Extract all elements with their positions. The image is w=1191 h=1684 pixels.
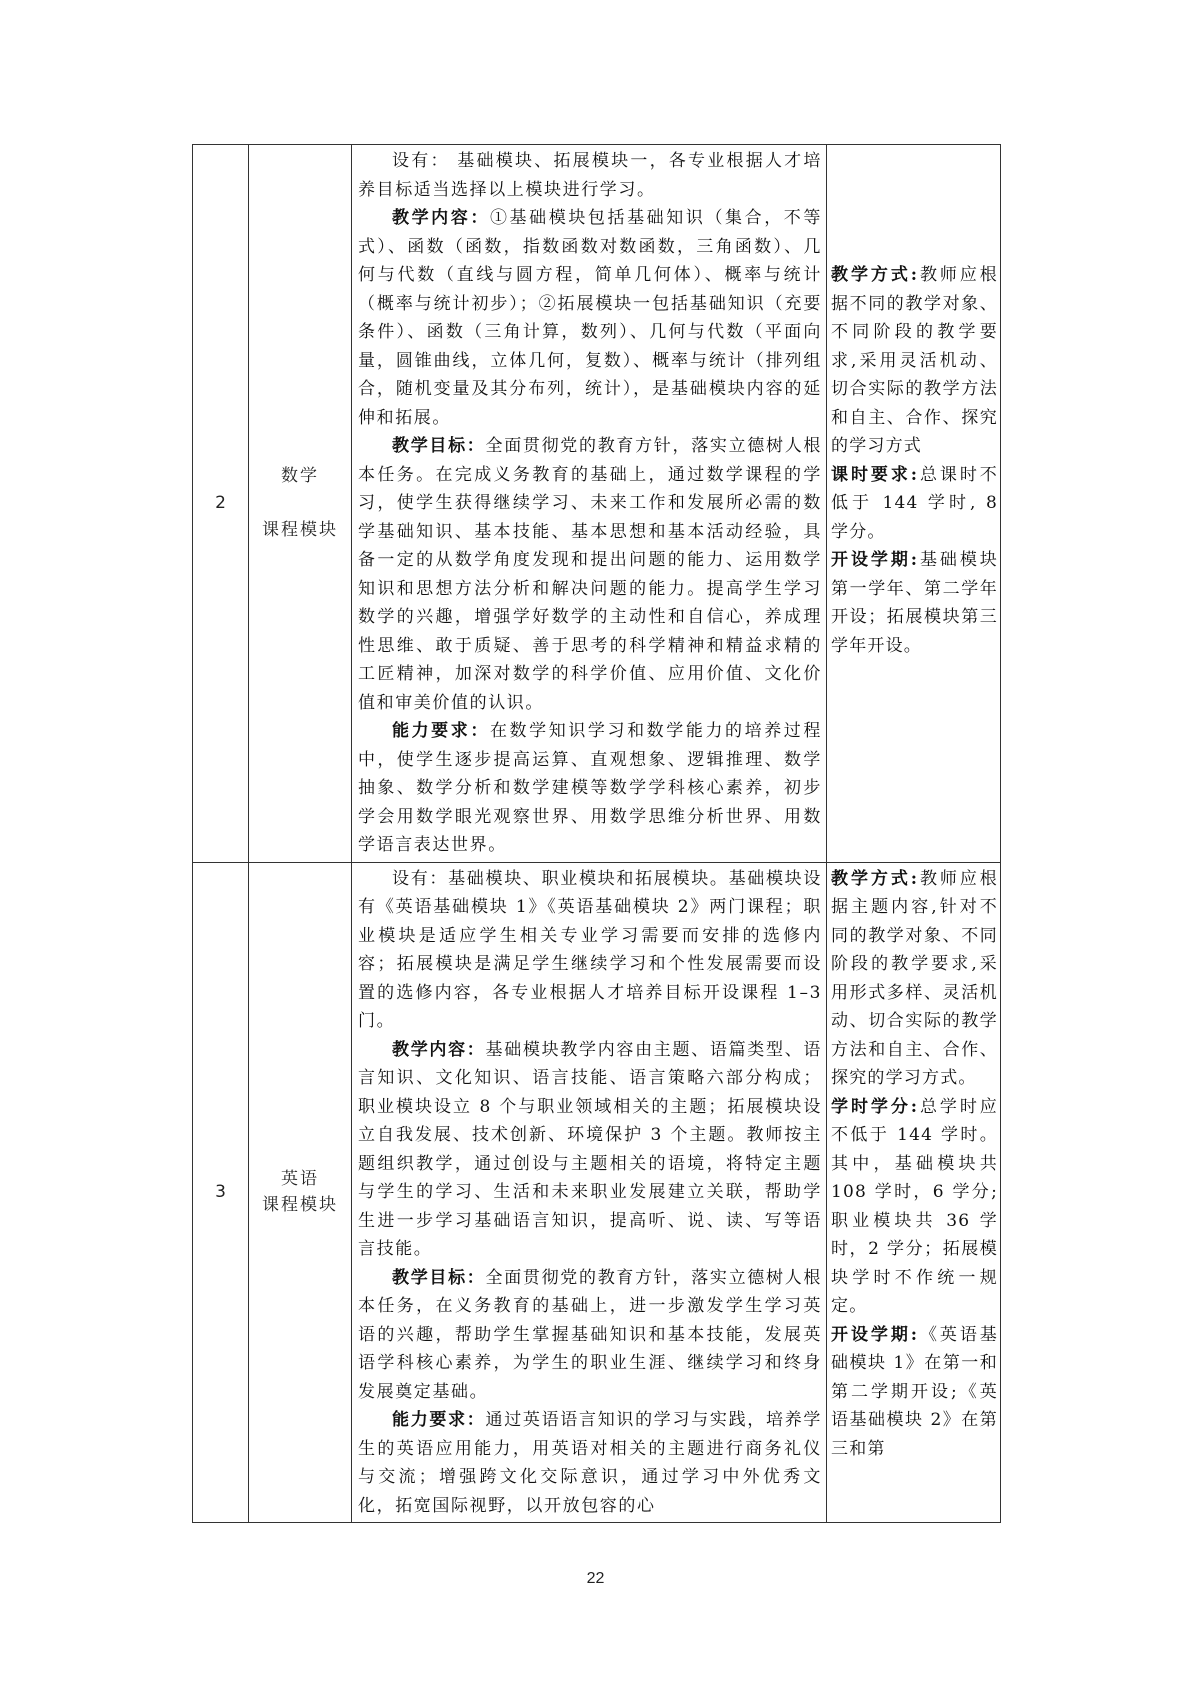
hours-label: 课时要求:	[831, 465, 918, 485]
method-paragraph: 教学方式:教师应根据不同的教学对象、不同阶段的教学要求,采用灵活机动、切合实际的…	[831, 261, 998, 461]
table-row-english: 3 英语 课程模块 设有：基础模块、职业模块和拓展模块。基础模块设有《英语基础模…	[193, 862, 1001, 1523]
course-content-cell: 设有： 基础模块、拓展模块一，各专业根据人才培养目标适当选择以上模块进行学习。 …	[352, 145, 827, 863]
page-number: 22	[0, 1570, 1191, 1588]
table-row-math: 2 数学 课程模块 设有： 基础模块、拓展模块一，各专业根据人才培养目标适当选择…	[193, 145, 1001, 863]
course-requirements-cell: 教学方式:教师应根据不同的教学对象、不同阶段的教学要求,采用灵活机动、切合实际的…	[827, 145, 1001, 863]
course-name-cell: 数学 课程模块	[249, 145, 352, 863]
ability-label: 能力要求：	[392, 721, 490, 741]
method-label: 教学方式:	[831, 265, 918, 285]
teaching-content-paragraph: 教学内容：①基础模块包括基础知识（集合，不等式）、函数（函数，指数函数对数函数，…	[358, 204, 822, 432]
teaching-goal-label: 教学目标：	[392, 1268, 486, 1288]
teaching-content-label: 教学内容：	[392, 1040, 486, 1060]
semester-paragraph: 开设学期:《英语基础模块 1》在第一和第二学期开设;《英语基础模块 2》在第三和…	[831, 1321, 998, 1464]
ability-label: 能力要求：	[392, 1410, 486, 1430]
course-name-line2: 课程模块	[249, 1192, 351, 1218]
ability-paragraph: 能力要求：在数学知识学习和数学能力的培养过程中，使学生逐步提高运算、直观想象、逻…	[358, 717, 822, 860]
course-requirements-cell: 教学方式:教师应根据主题内容,针对不同的教学对象、不同阶段的教学要求,采用形式多…	[827, 862, 1001, 1523]
row-number: 3	[215, 1182, 226, 1202]
hours-text: 总学时应不低于 144 学时。其中，基础模块共 108 学时，6 学分;职业模块…	[831, 1097, 998, 1317]
hours-paragraph: 课时要求:总课时不低于 144 学时, 8 学分。	[831, 461, 998, 547]
hours-paragraph: 学时学分:总学时应不低于 144 学时。其中，基础模块共 108 学时，6 学分…	[831, 1093, 998, 1321]
teaching-goal-paragraph: 教学目标：全面贯彻党的教育方针，落实立德树人根本任务。在完成义务教育的基础上，通…	[358, 432, 822, 717]
intro-paragraph: 设有： 基础模块、拓展模块一，各专业根据人才培养目标适当选择以上模块进行学习。	[358, 147, 822, 204]
course-content-cell: 设有：基础模块、职业模块和拓展模块。基础模块设有《英语基础模块 1》《英语基础模…	[352, 862, 827, 1523]
semester-label: 开设学期:	[831, 1325, 918, 1345]
ability-paragraph: 能力要求：通过英语语言知识的学习与实践，培养学生的英语应用能力，用英语对相关的主…	[358, 1406, 822, 1520]
teaching-goal-text: 全面贯彻党的教育方针，落实立德树人根本任务。在完成义务教育的基础上，通过数学课程…	[358, 436, 822, 713]
ability-text: 在数学知识学习和数学能力的培养过程中，使学生逐步提高运算、直观想象、逻辑推理、数…	[358, 721, 822, 855]
method-paragraph: 教学方式:教师应根据主题内容,针对不同的教学对象、不同阶段的教学要求,采用形式多…	[831, 865, 998, 1093]
teaching-content-paragraph: 教学内容：基础模块教学内容由主题、语篇类型、语言知识、文化知识、语言技能、语言策…	[358, 1036, 822, 1264]
course-name-cell: 英语 课程模块	[249, 862, 352, 1523]
method-label: 教学方式:	[831, 869, 918, 889]
teaching-content-text: ①基础模块包括基础知识（集合，不等式）、函数（函数，指数函数对数函数，三角函数）…	[358, 208, 822, 428]
course-name-line2: 课程模块	[249, 513, 351, 547]
teaching-goal-paragraph: 教学目标：全面贯彻党的教育方针，落实立德树人根本任务，在义务教育的基础上，进一步…	[358, 1264, 822, 1407]
teaching-goal-label: 教学目标：	[392, 436, 486, 456]
teaching-content-text: 基础模块教学内容由主题、语篇类型、语言知识、文化知识、语言技能、语言策略六部分构…	[358, 1040, 822, 1260]
document-page: 2 数学 课程模块 设有： 基础模块、拓展模块一，各专业根据人才培养目标适当选择…	[0, 0, 1191, 1684]
method-text: 教师应根据主题内容,针对不同的教学对象、不同阶段的教学要求,采用形式多样、灵活机…	[831, 869, 998, 1089]
row-number-cell: 2	[193, 145, 249, 863]
row-number-cell: 3	[193, 862, 249, 1523]
row-number: 2	[215, 493, 226, 513]
course-table: 2 数学 课程模块 设有： 基础模块、拓展模块一，各专业根据人才培养目标适当选择…	[192, 144, 1001, 1523]
hours-label: 学时学分:	[831, 1097, 918, 1117]
teaching-content-label: 教学内容：	[392, 208, 490, 228]
course-name-line1: 英语	[249, 1166, 351, 1192]
semester-paragraph: 开设学期:基础模块第一学年、第二学年开设；拓展模块第三学年开设。	[831, 546, 998, 660]
method-text: 教师应根据不同的教学对象、不同阶段的教学要求,采用灵活机动、切合实际的教学方法和…	[831, 265, 998, 456]
intro-paragraph: 设有：基础模块、职业模块和拓展模块。基础模块设有《英语基础模块 1》《英语基础模…	[358, 865, 822, 1036]
semester-label: 开设学期:	[831, 550, 918, 570]
course-name-line1: 数学	[249, 459, 351, 493]
